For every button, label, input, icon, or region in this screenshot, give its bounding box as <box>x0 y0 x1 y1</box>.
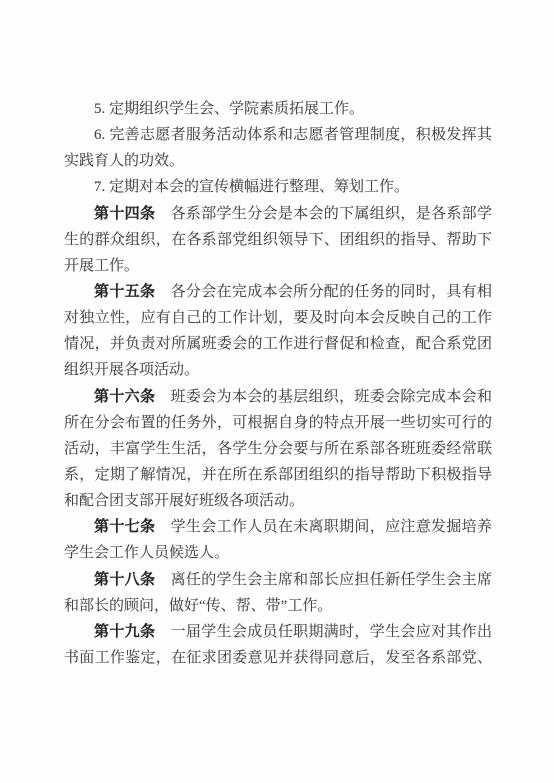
line-text: 各系部学生分会是本会的下属组织，是各系部学 <box>155 206 492 222</box>
line-text: 班委会为本会的基层组织，班委会除完成本会和 <box>155 389 492 405</box>
text-line: 组织开展各项活动。 <box>64 357 492 383</box>
document-page: 5. 定期组织学生会、学院素质拓展工作。6. 完善志愿者服务活动体系和志愿者管理… <box>0 0 554 783</box>
text-line: 5. 定期组织学生会、学院素质拓展工作。 <box>64 96 492 122</box>
line-text: 一届学生会成员任职期满时，学生会应对其作出 <box>155 624 492 640</box>
line-text: 所在分会布置的任务外，可根据自身的特点开展一些切实可行的 <box>64 415 492 431</box>
text-line: 第十五条 各分会在完成本会所分配的任务的同时，具有相 <box>64 279 492 305</box>
line-text: 系，定期了解情况，并在所在系部团组织的指导帮助下积极指导 <box>64 467 492 483</box>
text-line: 和配合团支部开展好班级各项活动。 <box>64 488 492 514</box>
line-text: 组织开展各项活动。 <box>64 362 199 378</box>
line-text: 7. 定期对本会的宣传横幅进行整理、筹划工作。 <box>94 179 409 195</box>
line-text: 对独立性，应有自己的工作计划，要及时向本会反映自己的工作 <box>64 310 492 326</box>
text-line: 所在分会布置的任务外，可根据自身的特点开展一些切实可行的 <box>64 410 492 436</box>
line-text: 书面工作鉴定，在征求团委意见并获得同意后，发至各系部党、 <box>64 650 492 666</box>
article-number-label: 第十八条 <box>94 572 155 588</box>
line-text: 学生会工作人员在未离职期间，应注意发掘培养 <box>155 519 492 535</box>
text-line: 6. 完善志愿者服务活动体系和志愿者管理制度，积极发挥其 <box>64 122 492 148</box>
text-line: 和部长的顾问，做好“传、帮、带”工作。 <box>64 593 492 619</box>
text-line: 活动，丰富学生生活，各学生分会要与所在系部各班班委经常联 <box>64 436 492 462</box>
line-text: 6. 完善志愿者服务活动体系和志愿者管理制度，积极发挥其 <box>94 127 492 143</box>
text-line: 第十八条 离任的学生会主席和部长应担任新任学生会主席 <box>64 567 492 593</box>
line-text: 情况，并负责对所属班委会的工作进行督促和检查，配合系党团 <box>64 336 492 352</box>
document-text-block: 5. 定期组织学生会、学院素质拓展工作。6. 完善志愿者服务活动体系和志愿者管理… <box>64 96 492 671</box>
article-number-label: 第十六条 <box>94 389 155 405</box>
article-number-label: 第十五条 <box>94 284 155 300</box>
text-line: 第十四条 各系部学生分会是本会的下属组织，是各系部学 <box>64 201 492 227</box>
text-line: 系，定期了解情况，并在所在系部团组织的指导帮助下积极指导 <box>64 462 492 488</box>
line-text: 实践育人的功效。 <box>64 153 184 169</box>
line-text: 活动，丰富学生生活，各学生分会要与所在系部各班班委经常联 <box>64 441 492 457</box>
line-text: 各分会在完成本会所分配的任务的同时，具有相 <box>155 284 492 300</box>
text-line: 第十九条 一届学生会成员任职期满时，学生会应对其作出 <box>64 619 492 645</box>
line-text: 生的群众组织，在各系部党组织领导下、团组织的指导、帮助下 <box>64 232 492 248</box>
text-line: 对独立性，应有自己的工作计划，要及时向本会反映自己的工作 <box>64 305 492 331</box>
text-line: 生的群众组织，在各系部党组织领导下、团组织的指导、帮助下 <box>64 227 492 253</box>
text-line: 学生会工作人员候选人。 <box>64 540 492 566</box>
text-line: 实践育人的功效。 <box>64 148 492 174</box>
text-line: 书面工作鉴定，在征求团委意见并获得同意后，发至各系部党、 <box>64 645 492 671</box>
text-line: 7. 定期对本会的宣传横幅进行整理、筹划工作。 <box>64 174 492 200</box>
text-line: 情况，并负责对所属班委会的工作进行督促和检查，配合系党团 <box>64 331 492 357</box>
line-text: 5. 定期组织学生会、学院素质拓展工作。 <box>94 101 364 117</box>
text-line: 开展工作。 <box>64 253 492 279</box>
article-number-label: 第十四条 <box>94 206 155 222</box>
article-number-label: 第十九条 <box>94 624 155 640</box>
line-text: 和配合团支部开展好班级各项活动。 <box>64 493 304 509</box>
article-number-label: 第十七条 <box>94 519 155 535</box>
line-text: 离任的学生会主席和部长应担任新任学生会主席 <box>155 572 492 588</box>
line-text: 开展工作。 <box>64 258 139 274</box>
text-line: 第十六条 班委会为本会的基层组织，班委会除完成本会和 <box>64 384 492 410</box>
line-text: 和部长的顾问，做好“传、帮、带”工作。 <box>64 598 332 614</box>
text-line: 第十七条 学生会工作人员在未离职期间，应注意发掘培养 <box>64 514 492 540</box>
line-text: 学生会工作人员候选人。 <box>64 545 229 561</box>
